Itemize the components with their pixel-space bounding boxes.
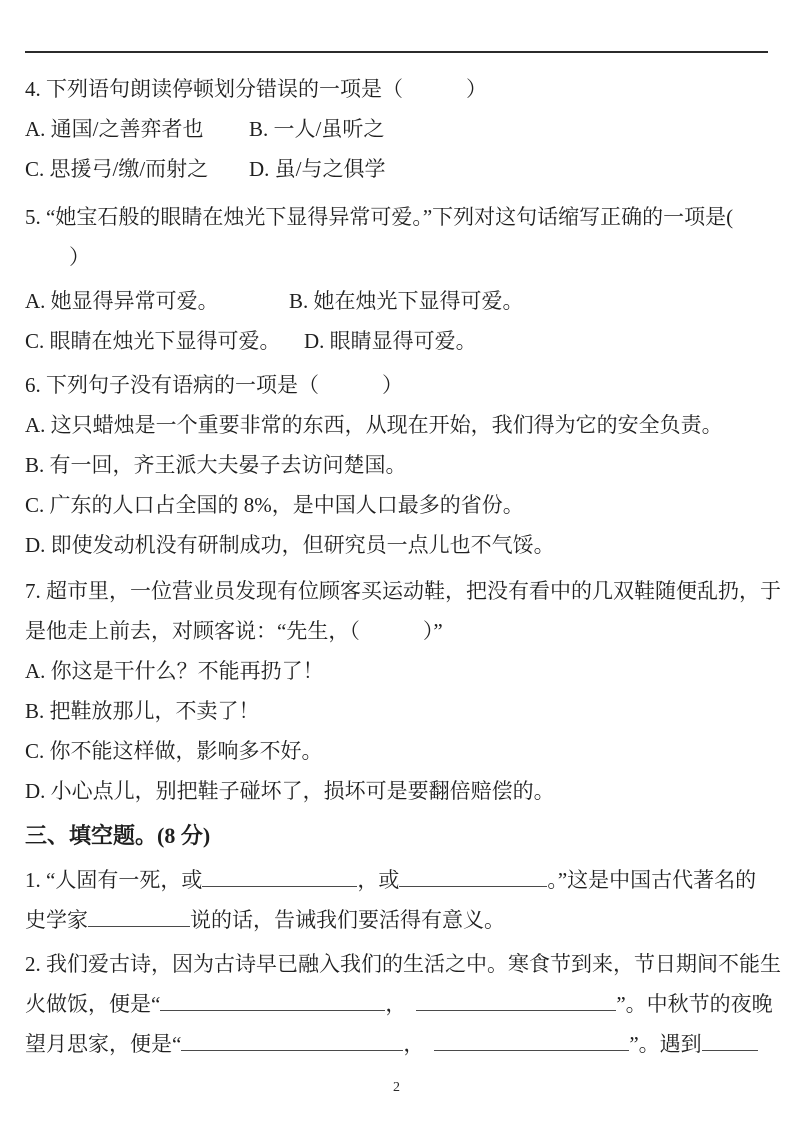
- fill-1-text-2: ，或: [357, 868, 399, 892]
- question-4-options-ab: A. 通国/之善弈者也B. 一人/虽听之: [25, 109, 768, 149]
- section-3-fill-in: 三、填空题。(8 分) 1. “人固有一死，或，或。”这是中国古代著名的 史学家…: [25, 816, 768, 1064]
- question-7-option-d: D. 小心点儿，别把鞋子碰坏了，损坏可是要翻倍赔偿的。: [25, 771, 768, 811]
- question-5-options-ab: A. 她显得异常可爱。B. 她在烛光下显得可爱。: [25, 281, 768, 321]
- question-5-option-a: A. 她显得异常可爱。: [25, 281, 289, 321]
- fill-2-text-5: ，: [403, 1032, 424, 1056]
- question-4-options-cd: C. 思援弓/缴/而射之D. 虽/与之俱学: [25, 149, 768, 189]
- blank-underline: [202, 862, 357, 887]
- question-6-option-d: D. 即使发动机没有研制成功，但研究员一点儿也不气馁。: [25, 525, 768, 565]
- fill-2-text-2: ，: [385, 992, 406, 1016]
- question-4-option-a: A. 通国/之善弈者也: [25, 109, 249, 149]
- question-4: 4. 下列语句朗读停顿划分错误的一项是（ ） A. 通国/之善弈者也B. 一人/…: [25, 69, 768, 189]
- question-4-option-d: D. 虽/与之俱学: [249, 157, 386, 181]
- fill-1-text-4: 史学家: [25, 908, 88, 932]
- question-5-option-c: C. 眼睛在烛光下显得可爱。: [25, 321, 304, 361]
- question-6-option-b: B. 有一回，齐王派大夫晏子去访问楚国。: [25, 445, 768, 485]
- question-5-stem-line1: 5. “她宝石般的眼睛在烛光下显得异常可爱。”下列对这句话缩写正确的一项是(: [25, 197, 768, 237]
- question-7-stem-line1: 7. 超市里，一位营业员发现有位顾客买运动鞋，把没有看中的几双鞋随便乱扔，于: [25, 571, 768, 611]
- question-7-option-b: B. 把鞋放那儿，不卖了！: [25, 691, 768, 731]
- fill-1-text-3: 。”这是中国古代著名的: [547, 868, 756, 892]
- fill-2-text-1: 火做饭，便是“: [25, 992, 160, 1016]
- question-7-option-c: C. 你不能这样做，影响多不好。: [25, 731, 768, 771]
- blank-underline: [88, 902, 190, 927]
- fill-question-2-line2: 火做饭，便是“，”。中秋节的夜晚: [25, 984, 768, 1024]
- question-5-option-d: D. 眼睛显得可爱。: [304, 329, 477, 353]
- page-number: 2: [25, 1068, 768, 1108]
- fill-2-text-6: ”。遇到: [629, 1032, 701, 1056]
- question-7: 7. 超市里，一位营业员发现有位顾客买运动鞋，把没有看中的几双鞋随便乱扔，于 是…: [25, 571, 768, 811]
- section-3-title: 三、填空题。(8 分): [25, 816, 768, 856]
- question-6-option-a: A. 这只蜡烛是一个重要非常的东西，从现在开始，我们得为它的安全负责。: [25, 405, 768, 445]
- question-5-option-b: B. 她在烛光下显得可爱。: [289, 289, 524, 313]
- blank-underline: [434, 1026, 629, 1051]
- question-4-option-b: B. 一人/虽听之: [249, 117, 384, 141]
- blank-underline: [702, 1026, 758, 1051]
- question-5: 5. “她宝石般的眼睛在烛光下显得异常可爱。”下列对这句话缩写正确的一项是( ）…: [25, 197, 768, 361]
- question-4-option-c: C. 思援弓/缴/而射之: [25, 149, 249, 189]
- question-4-stem: 4. 下列语句朗读停顿划分错误的一项是（ ）: [25, 69, 768, 109]
- fill-question-1-line2: 史学家说的话，告诫我们要活得有意义。: [25, 900, 768, 940]
- question-6-option-c: C. 广东的人口占全国的 8%，是中国人口最多的省份。: [25, 485, 768, 525]
- question-7-stem-line2: 是他走上前去，对顾客说：“先生，（ ）”: [25, 611, 768, 651]
- blank-underline: [181, 1026, 403, 1051]
- question-5-stem-line2: ）: [25, 237, 768, 277]
- question-6-stem: 6. 下列句子没有语病的一项是（ ）: [25, 365, 768, 405]
- fill-question-2-line1: 2. 我们爱古诗，因为古诗早已融入我们的生活之中。寒食节到来，节日期间不能生: [25, 944, 768, 984]
- question-7-option-a: A. 你这是干什么？不能再扔了！: [25, 651, 768, 691]
- exam-page: 4. 下列语句朗读停顿划分错误的一项是（ ） A. 通国/之善弈者也B. 一人/…: [0, 0, 793, 1122]
- fill-1-text-1: 1. “人固有一死，或: [25, 868, 202, 892]
- blank-underline: [160, 986, 385, 1011]
- header-divider: [25, 51, 768, 53]
- blank-underline: [416, 986, 616, 1011]
- fill-question-1-line1: 1. “人固有一死，或，或。”这是中国古代著名的: [25, 860, 768, 900]
- question-6: 6. 下列句子没有语病的一项是（ ） A. 这只蜡烛是一个重要非常的东西，从现在…: [25, 365, 768, 565]
- fill-2-text-4: 望月思家，便是“: [25, 1032, 181, 1056]
- fill-question-2-line3: 望月思家，便是“，”。遇到: [25, 1024, 768, 1064]
- question-5-options-cd: C. 眼睛在烛光下显得可爱。D. 眼睛显得可爱。: [25, 321, 768, 361]
- blank-underline: [399, 862, 547, 887]
- fill-1-text-5: 说的话，告诫我们要活得有意义。: [190, 908, 505, 932]
- fill-2-text-3: ”。中秋节的夜晚: [616, 992, 772, 1016]
